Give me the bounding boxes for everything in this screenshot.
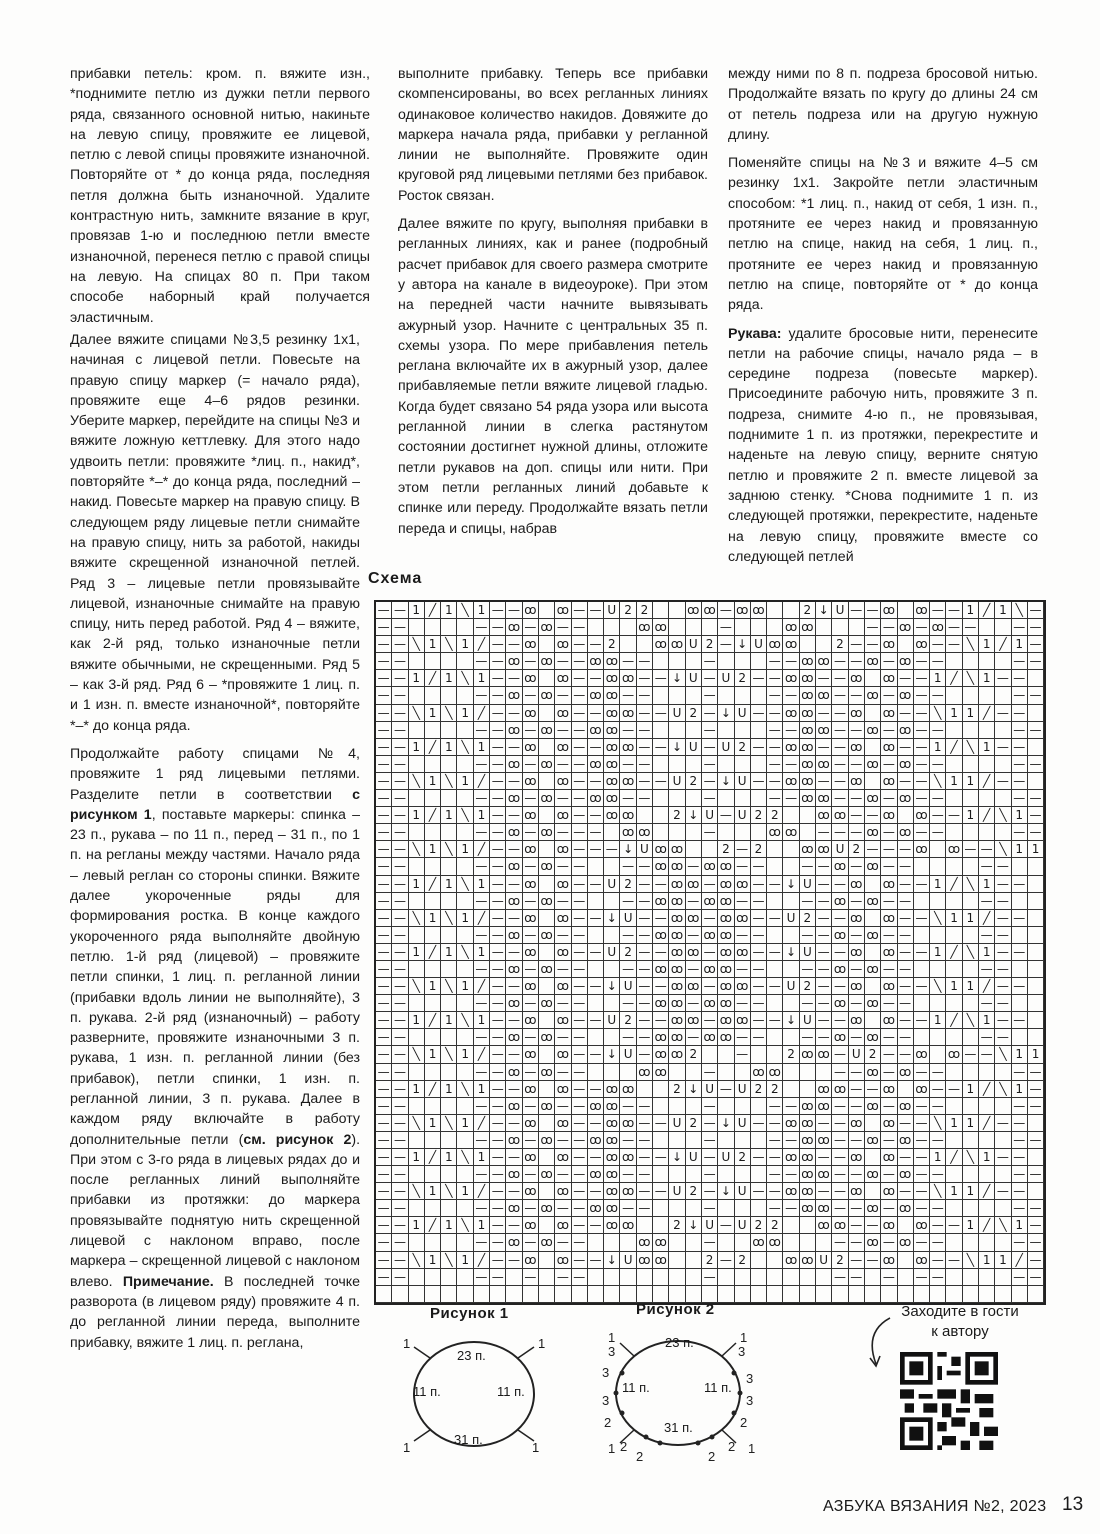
chart-cell: ꝏ	[539, 1200, 555, 1217]
chart-cell	[735, 1132, 751, 1149]
chart-cell	[409, 756, 425, 773]
chart-cell	[539, 1183, 555, 1200]
chart-cell: ꝏ	[604, 756, 620, 773]
chart-cell: —	[637, 910, 653, 927]
chart-cell: —	[474, 995, 490, 1012]
chart-cell: —	[751, 1149, 767, 1166]
chart-cell: —	[702, 1234, 718, 1251]
chart-cell	[963, 653, 979, 670]
chart-cell: U	[686, 1149, 702, 1166]
chart-cell	[588, 995, 604, 1012]
chart-cell: —	[930, 722, 946, 739]
chart-cell: ╱	[425, 876, 441, 893]
chart-cell: —	[637, 1012, 653, 1029]
chart-cell: —	[832, 1166, 848, 1183]
chart-cell: ꝏ	[506, 824, 522, 841]
chart-cell: ꝏ	[865, 1166, 881, 1183]
chart-cell: ꝏ	[604, 687, 620, 704]
chart-cell	[669, 1166, 685, 1183]
chart-cell: —	[474, 790, 490, 807]
chart-cell	[735, 1286, 751, 1303]
chart-cell	[800, 1064, 816, 1081]
chart-cell: —	[718, 1081, 734, 1098]
chart-cell: ꝏ	[783, 670, 799, 687]
chart-cell: ꝏ	[653, 1029, 669, 1046]
chart-cell: ╲	[409, 1046, 425, 1063]
chart-cell: ꝏ	[620, 1183, 636, 1200]
chart-cell: —	[946, 1252, 962, 1269]
chart-cell: 1	[409, 670, 425, 687]
chart-cell: —	[572, 893, 588, 910]
chart-cell: —	[620, 1200, 636, 1217]
chart-cell: —	[1012, 1132, 1028, 1149]
chart-cell	[441, 1064, 457, 1081]
chart-cell: ꝏ	[523, 670, 539, 687]
chart-cell: —	[637, 790, 653, 807]
chart-cell: —	[376, 1166, 392, 1183]
chart-cell	[441, 893, 457, 910]
chart-cell: U	[849, 1046, 865, 1063]
chart-cell: ꝏ	[702, 893, 718, 910]
chart-cell	[946, 1029, 962, 1046]
svg-text:3: 3	[738, 1344, 745, 1359]
chart-cell	[783, 1269, 799, 1286]
chart-cell	[604, 893, 620, 910]
chart-cell: —	[800, 893, 816, 910]
chart-cell: —	[506, 602, 522, 619]
chart-cell: 1	[979, 636, 995, 653]
chart-cell: —	[392, 858, 408, 875]
chart-cell: —	[474, 1132, 490, 1149]
chart-cell: —	[490, 961, 506, 978]
chart-cell: —	[523, 1200, 539, 1217]
chart-cell: —	[637, 1115, 653, 1132]
chart-cell	[539, 944, 555, 961]
chart-cell	[604, 995, 620, 1012]
chart-cell: ꝏ	[881, 670, 897, 687]
chart-cell	[653, 790, 669, 807]
chart-cell: ꝏ	[816, 653, 832, 670]
chart-cell: —	[620, 995, 636, 1012]
chart-cell: ↓	[604, 1252, 620, 1269]
chart-cell: —	[506, 944, 522, 961]
chart-cell: —	[1012, 722, 1028, 739]
chart-cell	[914, 1029, 930, 1046]
chart-cell	[409, 653, 425, 670]
chart-cell: ╲	[963, 1012, 979, 1029]
chart-cell: 1	[474, 1012, 490, 1029]
chart-cell: —	[392, 602, 408, 619]
chart-cell: ╲	[441, 773, 457, 790]
chart-cell: —	[898, 1012, 914, 1029]
chart-cell: ꝏ	[914, 1252, 930, 1269]
chart-cell: ꝏ	[637, 1252, 653, 1269]
chart-cell: —	[506, 1183, 522, 1200]
chart-cell	[409, 1098, 425, 1115]
schema-title: Схема	[368, 570, 422, 588]
chart-cell: 1	[1028, 841, 1044, 858]
chart-cell	[865, 739, 881, 756]
chart-cell: —	[816, 893, 832, 910]
chart-cell	[409, 1064, 425, 1081]
chart-cell: —	[572, 1149, 588, 1166]
chart-cell: —	[995, 705, 1011, 722]
chart-cell: —	[572, 739, 588, 756]
svg-text:3: 3	[746, 1393, 753, 1408]
chart-cell: ꝏ	[735, 876, 751, 893]
chart-cell	[1028, 893, 1044, 910]
chart-cell: —	[572, 670, 588, 687]
chart-cell: —	[914, 824, 930, 841]
chart-cell	[849, 619, 865, 636]
paragraph: выполните прибавку. Теперь все прибавки …	[398, 64, 708, 206]
chart-cell: —	[555, 1166, 571, 1183]
chart-cell: —	[930, 756, 946, 773]
chart-cell: —	[751, 1012, 767, 1029]
chart-cell: ꝏ	[816, 790, 832, 807]
chart-cell: —	[572, 961, 588, 978]
chart-cell: —	[523, 756, 539, 773]
chart-cell: —	[849, 1252, 865, 1269]
chart-cell	[800, 1234, 816, 1251]
chart-cell: —	[555, 1098, 571, 1115]
chart-cell	[898, 1217, 914, 1234]
chart-cell: 2	[604, 636, 620, 653]
chart-cell: ꝏ	[523, 944, 539, 961]
chart-cell: ꝏ	[767, 636, 783, 653]
chart-cell	[539, 910, 555, 927]
chart-cell	[881, 1286, 897, 1303]
chart-cell: 1	[963, 602, 979, 619]
chart-cell: ꝏ	[653, 961, 669, 978]
chart-cell: ╲	[995, 1217, 1011, 1234]
chart-cell: ꝏ	[555, 841, 571, 858]
chart-cell	[979, 1286, 995, 1303]
chart-cell: —	[604, 841, 620, 858]
chart-cell: 1	[963, 807, 979, 824]
knitting-chart: ——1╱1╲1——ꝏꝏ——U22ꝏꝏ—ꝏꝏ2↓U——ꝏꝏ——1╱1╲—————ꝏ…	[374, 600, 1046, 1305]
chart-cell	[946, 1132, 962, 1149]
chart-cell: —	[637, 739, 653, 756]
chart-cell: ↓	[718, 773, 734, 790]
chart-cell	[995, 619, 1011, 636]
chart-cell: —	[588, 670, 604, 687]
chart-cell: ╱	[474, 705, 490, 722]
chart-cell: 1	[409, 602, 425, 619]
chart-cell	[735, 1166, 751, 1183]
chart-cell: ꝏ	[800, 841, 816, 858]
chart-cell: —	[392, 824, 408, 841]
chart-cell: —	[376, 944, 392, 961]
chart-cell: —	[653, 1183, 669, 1200]
chart-cell: —	[849, 1166, 865, 1183]
chart-cell	[718, 1200, 734, 1217]
chart-cell: ╲	[441, 1115, 457, 1132]
chart-cell: —	[474, 1029, 490, 1046]
chart-cell	[425, 824, 441, 841]
chart-cell: ꝏ	[832, 893, 848, 910]
chart-cell: —	[816, 1115, 832, 1132]
chart-cell	[751, 1269, 767, 1286]
chart-cell	[767, 858, 783, 875]
chart-cell: U	[735, 1115, 751, 1132]
chart-cell: ꝏ	[604, 1149, 620, 1166]
chart-cell: —	[506, 739, 522, 756]
chart-cell: —	[1028, 807, 1044, 824]
chart-cell: ꝏ	[506, 653, 522, 670]
chart-cell: ꝏ	[816, 1098, 832, 1115]
chart-cell: —	[588, 602, 604, 619]
chart-cell	[865, 944, 881, 961]
chart-cell	[865, 773, 881, 790]
chart-cell	[930, 961, 946, 978]
chart-cell: 2	[620, 944, 636, 961]
chart-cell: —	[490, 824, 506, 841]
chart-cell: —	[849, 790, 865, 807]
chart-cell: —	[914, 790, 930, 807]
chart-cell: —	[767, 1200, 783, 1217]
chart-cell: —	[751, 910, 767, 927]
chart-cell: —	[1012, 1115, 1028, 1132]
chart-cell: ꝏ	[523, 773, 539, 790]
chart-cell	[490, 1286, 506, 1303]
chart-cell: 1	[963, 978, 979, 995]
chart-cell: U	[783, 910, 799, 927]
chart-cell: —	[572, 756, 588, 773]
chart-cell: —	[523, 1064, 539, 1081]
chart-cell: U	[735, 1183, 751, 1200]
chart-cell: ꝏ	[620, 773, 636, 790]
chart-cell: —	[392, 1217, 408, 1234]
chart-cell: ╱	[474, 773, 490, 790]
chart-cell	[735, 653, 751, 670]
chart-cell	[457, 653, 473, 670]
chart-cell: —	[898, 927, 914, 944]
chart-cell: ꝏ	[669, 893, 685, 910]
chart-cell: ╲	[409, 910, 425, 927]
chart-cell: —	[881, 722, 897, 739]
chart-cell: —	[506, 1217, 522, 1234]
chart-cell: —	[392, 876, 408, 893]
chart-cell	[914, 961, 930, 978]
chart-cell: —	[881, 927, 897, 944]
chart-cell: U	[832, 841, 848, 858]
chart-cell: ꝏ	[506, 619, 522, 636]
chart-cell	[751, 824, 767, 841]
chart-cell: —	[572, 790, 588, 807]
chart-cell	[637, 1217, 653, 1234]
chart-cell: —	[767, 910, 783, 927]
chart-cell	[735, 1234, 751, 1251]
chart-cell: —	[898, 1149, 914, 1166]
chart-cell: ꝏ	[555, 636, 571, 653]
chart-cell: —	[376, 1064, 392, 1081]
chart-cell: —	[572, 1046, 588, 1063]
chart-cell: ꝏ	[816, 1081, 832, 1098]
chart-cell	[637, 1269, 653, 1286]
chart-cell: ꝏ	[653, 1234, 669, 1251]
chart-cell: —	[490, 1012, 506, 1029]
chart-cell: —	[914, 619, 930, 636]
chart-cell	[588, 1234, 604, 1251]
chart-cell	[1028, 961, 1044, 978]
chart-cell	[441, 1029, 457, 1046]
chart-cell	[979, 1166, 995, 1183]
chart-cell: —	[490, 756, 506, 773]
chart-cell	[898, 807, 914, 824]
chart-cell	[783, 807, 799, 824]
chart-cell	[653, 1269, 669, 1286]
chart-cell: —	[995, 910, 1011, 927]
chart-cell: ꝏ	[800, 1132, 816, 1149]
chart-cell: —	[1012, 1269, 1028, 1286]
chart-cell: ꝏ	[653, 841, 669, 858]
chart-cell: ꝏ	[816, 1200, 832, 1217]
svg-text:3: 3	[746, 1371, 753, 1386]
chart-cell: ꝏ	[816, 1166, 832, 1183]
chart-cell: ꝏ	[555, 1217, 571, 1234]
chart-cell: —	[523, 961, 539, 978]
chart-cell: ꝏ	[849, 670, 865, 687]
chart-cell: —	[898, 773, 914, 790]
chart-cell: —	[718, 619, 734, 636]
chart-cell: —	[995, 1183, 1011, 1200]
chart-cell: —	[506, 1115, 522, 1132]
chart-cell: ꝏ	[718, 910, 734, 927]
chart-cell	[376, 1286, 392, 1303]
chart-cell: —	[767, 687, 783, 704]
chart-cell: ↓	[686, 807, 702, 824]
chart-cell: —	[653, 978, 669, 995]
qr-code-icon[interactable]	[900, 1352, 998, 1450]
chart-cell: —	[637, 1200, 653, 1217]
chart-cell: —	[767, 653, 783, 670]
chart-cell: U	[604, 1012, 620, 1029]
chart-cell: ╱	[946, 876, 962, 893]
chart-cell: ╱	[979, 602, 995, 619]
chart-cell: ╲	[441, 705, 457, 722]
chart-cell	[425, 756, 441, 773]
chart-cell: —	[376, 1234, 392, 1251]
chart-cell: —	[392, 790, 408, 807]
chart-cell	[506, 1286, 522, 1303]
chart-cell	[995, 756, 1011, 773]
chart-cell: 1	[409, 944, 425, 961]
chart-cell: —	[816, 705, 832, 722]
chart-cell	[751, 1286, 767, 1303]
chart-cell: U	[718, 739, 734, 756]
chart-cell: ╱	[979, 978, 995, 995]
chart-cell: —	[490, 687, 506, 704]
chart-cell: 2	[735, 1252, 751, 1269]
chart-cell: ꝏ	[702, 858, 718, 875]
chart-cell: —	[588, 978, 604, 995]
chart-cell: 2	[865, 1046, 881, 1063]
chart-cell	[604, 961, 620, 978]
chart-cell: 1	[425, 841, 441, 858]
chart-cell: —	[637, 876, 653, 893]
chart-cell	[995, 790, 1011, 807]
chart-cell: 1	[425, 910, 441, 927]
chart-cell: ꝏ	[914, 636, 930, 653]
chart-cell	[914, 893, 930, 910]
chart-cell: ꝏ	[718, 1029, 734, 1046]
chart-cell: —	[1012, 1064, 1028, 1081]
chart-cell	[604, 1269, 620, 1286]
chart-cell: ꝏ	[653, 1252, 669, 1269]
chart-cell: ꝏ	[669, 876, 685, 893]
chart-cell: —	[572, 653, 588, 670]
chart-cell: ╲	[963, 1149, 979, 1166]
chart-cell: —	[1012, 790, 1028, 807]
chart-cell: —	[392, 927, 408, 944]
chart-cell	[930, 1046, 946, 1063]
chart-cell: —	[783, 1200, 799, 1217]
chart-cell	[995, 722, 1011, 739]
chart-cell: ╱	[979, 1217, 995, 1234]
chart-cell	[686, 722, 702, 739]
chart-cell: —	[376, 893, 392, 910]
chart-cell	[1028, 705, 1044, 722]
chart-cell: —	[832, 1064, 848, 1081]
chart-cell: —	[1012, 1166, 1028, 1183]
chart-cell	[457, 858, 473, 875]
chart-cell: —	[849, 653, 865, 670]
chart-cell: —	[865, 602, 881, 619]
chart-cell	[604, 927, 620, 944]
chart-cell: —	[930, 1132, 946, 1149]
chart-cell: 1	[441, 602, 457, 619]
chart-cell: —	[979, 841, 995, 858]
chart-cell	[995, 824, 1011, 841]
chart-cell: ꝏ	[686, 944, 702, 961]
chart-cell	[1012, 1286, 1028, 1303]
chart-cell: ꝏ	[653, 619, 669, 636]
chart-cell: ꝏ	[669, 910, 685, 927]
chart-cell	[702, 619, 718, 636]
chart-cell: —	[555, 995, 571, 1012]
chart-cell: ꝏ	[620, 739, 636, 756]
chart-cell	[409, 1234, 425, 1251]
chart-cell: U	[783, 978, 799, 995]
chart-cell: ꝏ	[800, 670, 816, 687]
chart-cell: ꝏ	[783, 705, 799, 722]
chart-cell: —	[946, 807, 962, 824]
chart-cell	[783, 995, 799, 1012]
chart-cell: —	[620, 687, 636, 704]
chart-cell: —	[881, 961, 897, 978]
chart-cell: ╲	[930, 910, 946, 927]
chart-cell: U	[832, 602, 848, 619]
chart-cell: ꝏ	[881, 739, 897, 756]
chart-cell: ╲	[457, 1081, 473, 1098]
chart-cell: —	[702, 722, 718, 739]
chart-cell	[751, 722, 767, 739]
chart-cell: U	[620, 1252, 636, 1269]
chart-cell: ꝏ	[783, 619, 799, 636]
chart-cell	[1028, 1115, 1044, 1132]
chart-cell: —	[572, 1132, 588, 1149]
chart-cell: ꝏ	[637, 1234, 653, 1251]
chart-cell: —	[881, 1098, 897, 1115]
chart-cell: —	[702, 1115, 718, 1132]
chart-cell: ꝏ	[555, 1081, 571, 1098]
chart-cell	[702, 1046, 718, 1063]
chart-cell: —	[865, 1252, 881, 1269]
chart-cell: 2	[620, 1012, 636, 1029]
chart-cell: —	[490, 893, 506, 910]
chart-cell: ꝏ	[686, 978, 702, 995]
